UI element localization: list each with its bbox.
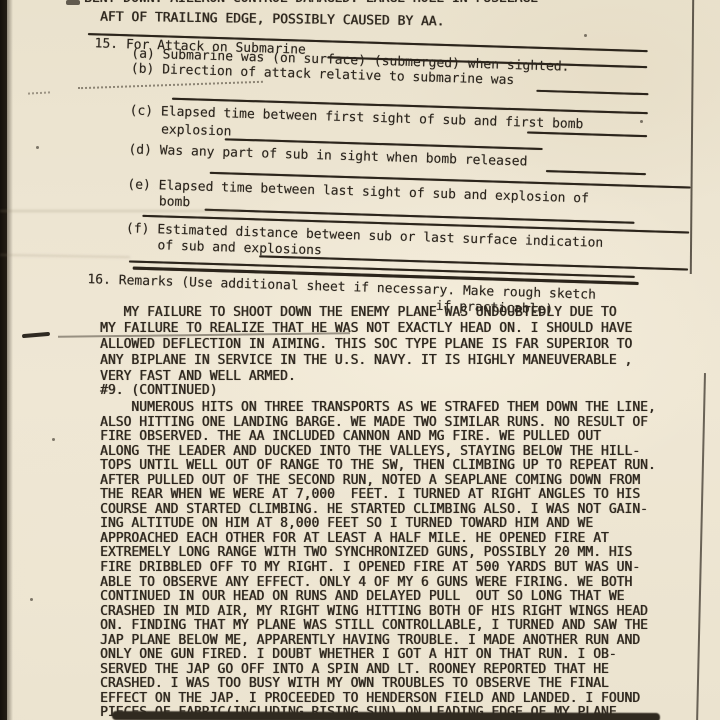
page-left-edge-shadow xyxy=(0,0,7,720)
blank-line xyxy=(536,90,648,95)
scanned-document-page: BENT DOWN. AILERON CONTROL DAMAGED. LARG… xyxy=(0,0,720,720)
blank-line xyxy=(205,209,635,224)
page-crease-line xyxy=(696,373,706,720)
blank-line xyxy=(546,170,646,175)
remarks-answer-paragraph: MY FAILURE TO SHOOT DOWN THE ENEMY PLANE… xyxy=(100,305,632,385)
paper-speck xyxy=(30,598,33,601)
pencil-dash-artifact xyxy=(22,332,50,338)
form-section-attack-on-submarine: 15. For Attack on Submarine (a) Submarin… xyxy=(78,32,704,319)
clipped-top-text-line: BENT DOWN. AILERON CONTROL DAMAGED. LARG… xyxy=(84,0,652,7)
form-item-15e-wrap: bomb xyxy=(159,194,191,210)
continuation-body-paragraph: NUMEROUS HITS ON THREE TRANSPORTS AS WE … xyxy=(100,401,656,720)
page-left-edge-shadow xyxy=(7,0,13,720)
pencil-dotted-line-artifact xyxy=(28,91,50,94)
damage-remark-line: AFT OF TRAILING EDGE, POSSIBLY CAUSED BY… xyxy=(100,11,445,30)
paper-speck xyxy=(52,438,55,441)
clipped-bottom-smudge xyxy=(112,711,660,720)
clipped-top-text: BENT DOWN. AILERON CONTROL DAMAGED. LARG… xyxy=(84,0,652,7)
paper-speck xyxy=(584,34,587,37)
form-item-15c-wrap: explosion xyxy=(161,122,232,139)
ink-smudge xyxy=(66,0,80,5)
form-item-16-label: 16. Remarks (Use additional sheet if nec… xyxy=(87,272,596,303)
paper-speck xyxy=(36,146,39,149)
blank-line xyxy=(527,132,647,138)
paper-speck xyxy=(640,120,643,123)
fold-shadow xyxy=(0,210,240,212)
continuation-heading: #9. (CONTINUED) xyxy=(100,384,217,399)
